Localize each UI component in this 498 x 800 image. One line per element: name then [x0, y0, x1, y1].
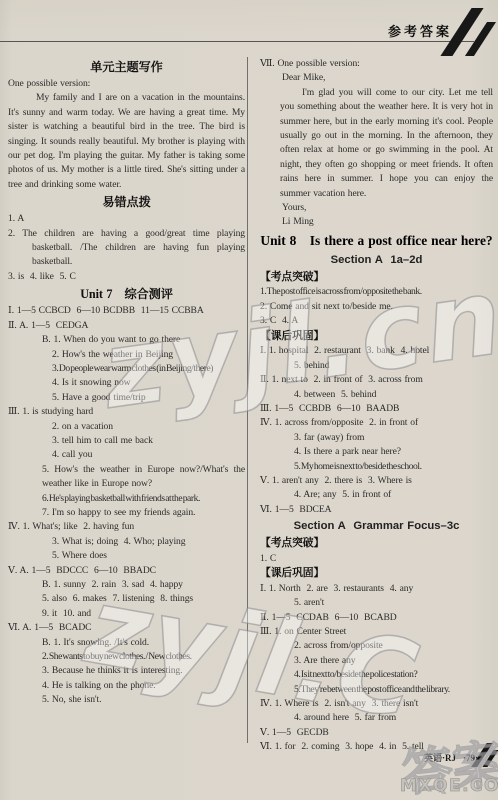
text-line: 3. far (away) from — [260, 431, 493, 445]
text-line: B. 1. When do you want to go there — [8, 333, 245, 347]
text-line: 4. Is it next to/beside the police stati… — [260, 668, 493, 682]
text-line: 9. it 10. and — [8, 607, 245, 621]
text-line: 【课后巩固】 — [260, 329, 493, 345]
text-line: 5. also 6. makes 7. listening 8. things — [8, 592, 245, 606]
text-line: Ⅰ. 1. hospital 2. restaurant 3. bank 4. … — [260, 344, 493, 358]
text-line: 2. Come and sit next to/beside me. — [260, 300, 493, 314]
text-line: Ⅳ. 1. across from/opposite 2. in front o… — [260, 416, 493, 430]
text-line: Section A Grammar Focus–3c — [260, 517, 493, 536]
text-line: 5. Where does — [8, 549, 245, 563]
text-line: 5. They're between the post office and t… — [260, 683, 493, 697]
text-line: 1. A — [8, 212, 245, 226]
text-line: 4. He is talking on the phone. — [8, 679, 245, 693]
text-line: Section A 1a–2d — [260, 251, 493, 270]
text-line: Unit 7 综合测评 — [8, 284, 245, 304]
watermark-mxqe: MXQE.COM — [400, 776, 498, 796]
text-line: Unit 8 Is there a post office near here? — [260, 230, 493, 251]
text-line: 1. C — [260, 552, 493, 566]
answer-key-page: 参考答案 单元主题写作One possible version:My famil… — [0, 0, 498, 800]
text-line: Ⅱ. 1—5 CCDAB 6—10 BCABD — [260, 611, 493, 625]
text-line: Yours, — [260, 201, 493, 215]
text-line: 5. How's the weather in Europe now?/What… — [8, 463, 245, 492]
text-line: B. 1. It's snowing. /It's cold. — [8, 636, 245, 650]
text-line: 4. Are; any 5. in front of — [260, 488, 493, 502]
text-line: Ⅲ. 1. on Center Street — [260, 625, 493, 639]
text-line: 2. She wants to buy new clothes. / New c… — [8, 650, 245, 664]
text-line: 易错点拨 — [8, 192, 245, 212]
text-line: 单元主题写作 — [8, 57, 245, 77]
text-line: 4. between 5. behind — [260, 388, 493, 402]
text-line: 2. The children are having a good/great … — [8, 227, 245, 270]
text-line: Ⅵ. A. 1—5 BCADC — [8, 621, 245, 635]
text-line: 6. He's playing basketball with friends … — [8, 492, 245, 506]
text-line: Ⅲ. 1—5 CCBDB 6—10 BAADB — [260, 402, 493, 416]
text-line: Ⅰ. 1. North 2. are 3. restaurants 4. any — [260, 582, 493, 596]
text-line: Ⅳ. 1. Where is 2. isn't any 3. there isn… — [260, 697, 493, 711]
text-line: Ⅲ. 1. is studying hard — [8, 405, 245, 419]
footer-book-label: 英语·RJ — [424, 751, 456, 764]
text-line: 7. I'm so happy to see my friends again. — [8, 506, 245, 520]
text-line: Ⅴ. 1. aren't any 2. there is 3. Where is — [260, 474, 493, 488]
left-column: 单元主题写作One possible version:My family and… — [8, 57, 245, 708]
text-line: 3. Because he thinks it is interesting. — [8, 664, 245, 678]
text-line: Ⅴ. 1—5 GECDB — [260, 726, 493, 740]
text-line: 3. Are there any — [260, 654, 493, 668]
text-line: Ⅱ. 1. next to 2. in front of 3. across f… — [260, 373, 493, 387]
text-line: One possible version: — [8, 77, 245, 91]
text-line: Ⅵ. 1—5 BDCEA — [260, 503, 493, 517]
text-line: Ⅶ. One possible version: — [260, 57, 493, 71]
text-line: 【考点突破】 — [260, 536, 493, 552]
footer-arrow-icon — [474, 742, 496, 768]
text-line: 4. around here 5. far from — [260, 711, 493, 725]
text-line: Ⅱ. A. 1—5 CEDGA — [8, 319, 245, 333]
text-line: B. 1. sunny 2. rain 3. sad 4. happy — [8, 578, 245, 592]
text-line: 1. The post office is across from/opposi… — [260, 285, 493, 299]
text-line: 2. across from/opposite — [260, 639, 493, 653]
text-line: 3. is 4. like 5. C — [8, 270, 245, 284]
column-divider — [247, 57, 248, 743]
text-line: 【课后巩固】 — [260, 566, 493, 582]
text-line: Ⅳ. 1. What's; like 2. having fun — [8, 520, 245, 534]
brand-slash-icon — [446, 6, 494, 58]
text-line: Li Ming — [260, 215, 493, 229]
text-line: 5. aren't — [260, 596, 493, 610]
text-line: My family and I are on a vacation in the… — [8, 91, 245, 192]
text-line: 2. on a vacation — [8, 420, 245, 434]
text-line: 3. What is; doing 4. Who; playing — [8, 535, 245, 549]
text-line: Dear Mike, — [260, 71, 493, 85]
header-rule — [0, 41, 474, 42]
text-line: 4. Is it snowing now — [8, 376, 245, 390]
text-line: I'm glad you will come to our city. Let … — [260, 86, 493, 201]
text-line: Ⅰ. 1—5 CCBCD 6—10 BCDBB 11—15 CCBBA — [8, 304, 245, 318]
text-line: 3. Do people wear warm clothes (in Beiji… — [8, 362, 245, 376]
right-column: Ⅶ. One possible version:Dear Mike,I'm gl… — [260, 57, 493, 755]
text-line: 4. call you — [8, 448, 245, 462]
text-line: 3. tell him to call me back — [8, 434, 245, 448]
text-line: 【考点突破】 — [260, 270, 493, 286]
footer: 英语·RJ ·79· — [424, 751, 478, 764]
text-line: 5. No, she isn't. — [8, 693, 245, 707]
text-line: Ⅴ. A. 1—5 BDCCC 6—10 BBADC — [8, 564, 245, 578]
text-line: 5. Have a good time/trip — [8, 391, 245, 405]
header-label: 参考答案 — [388, 21, 452, 40]
text-line: 2. How's the weather in Beijing — [8, 348, 245, 362]
text-line: 5. My home is next to/beside the school. — [260, 460, 493, 474]
text-line: 4. Is there a park near here? — [260, 445, 493, 459]
text-line: 5. behind — [260, 359, 493, 373]
text-line: 3. C 4. A — [260, 314, 493, 328]
